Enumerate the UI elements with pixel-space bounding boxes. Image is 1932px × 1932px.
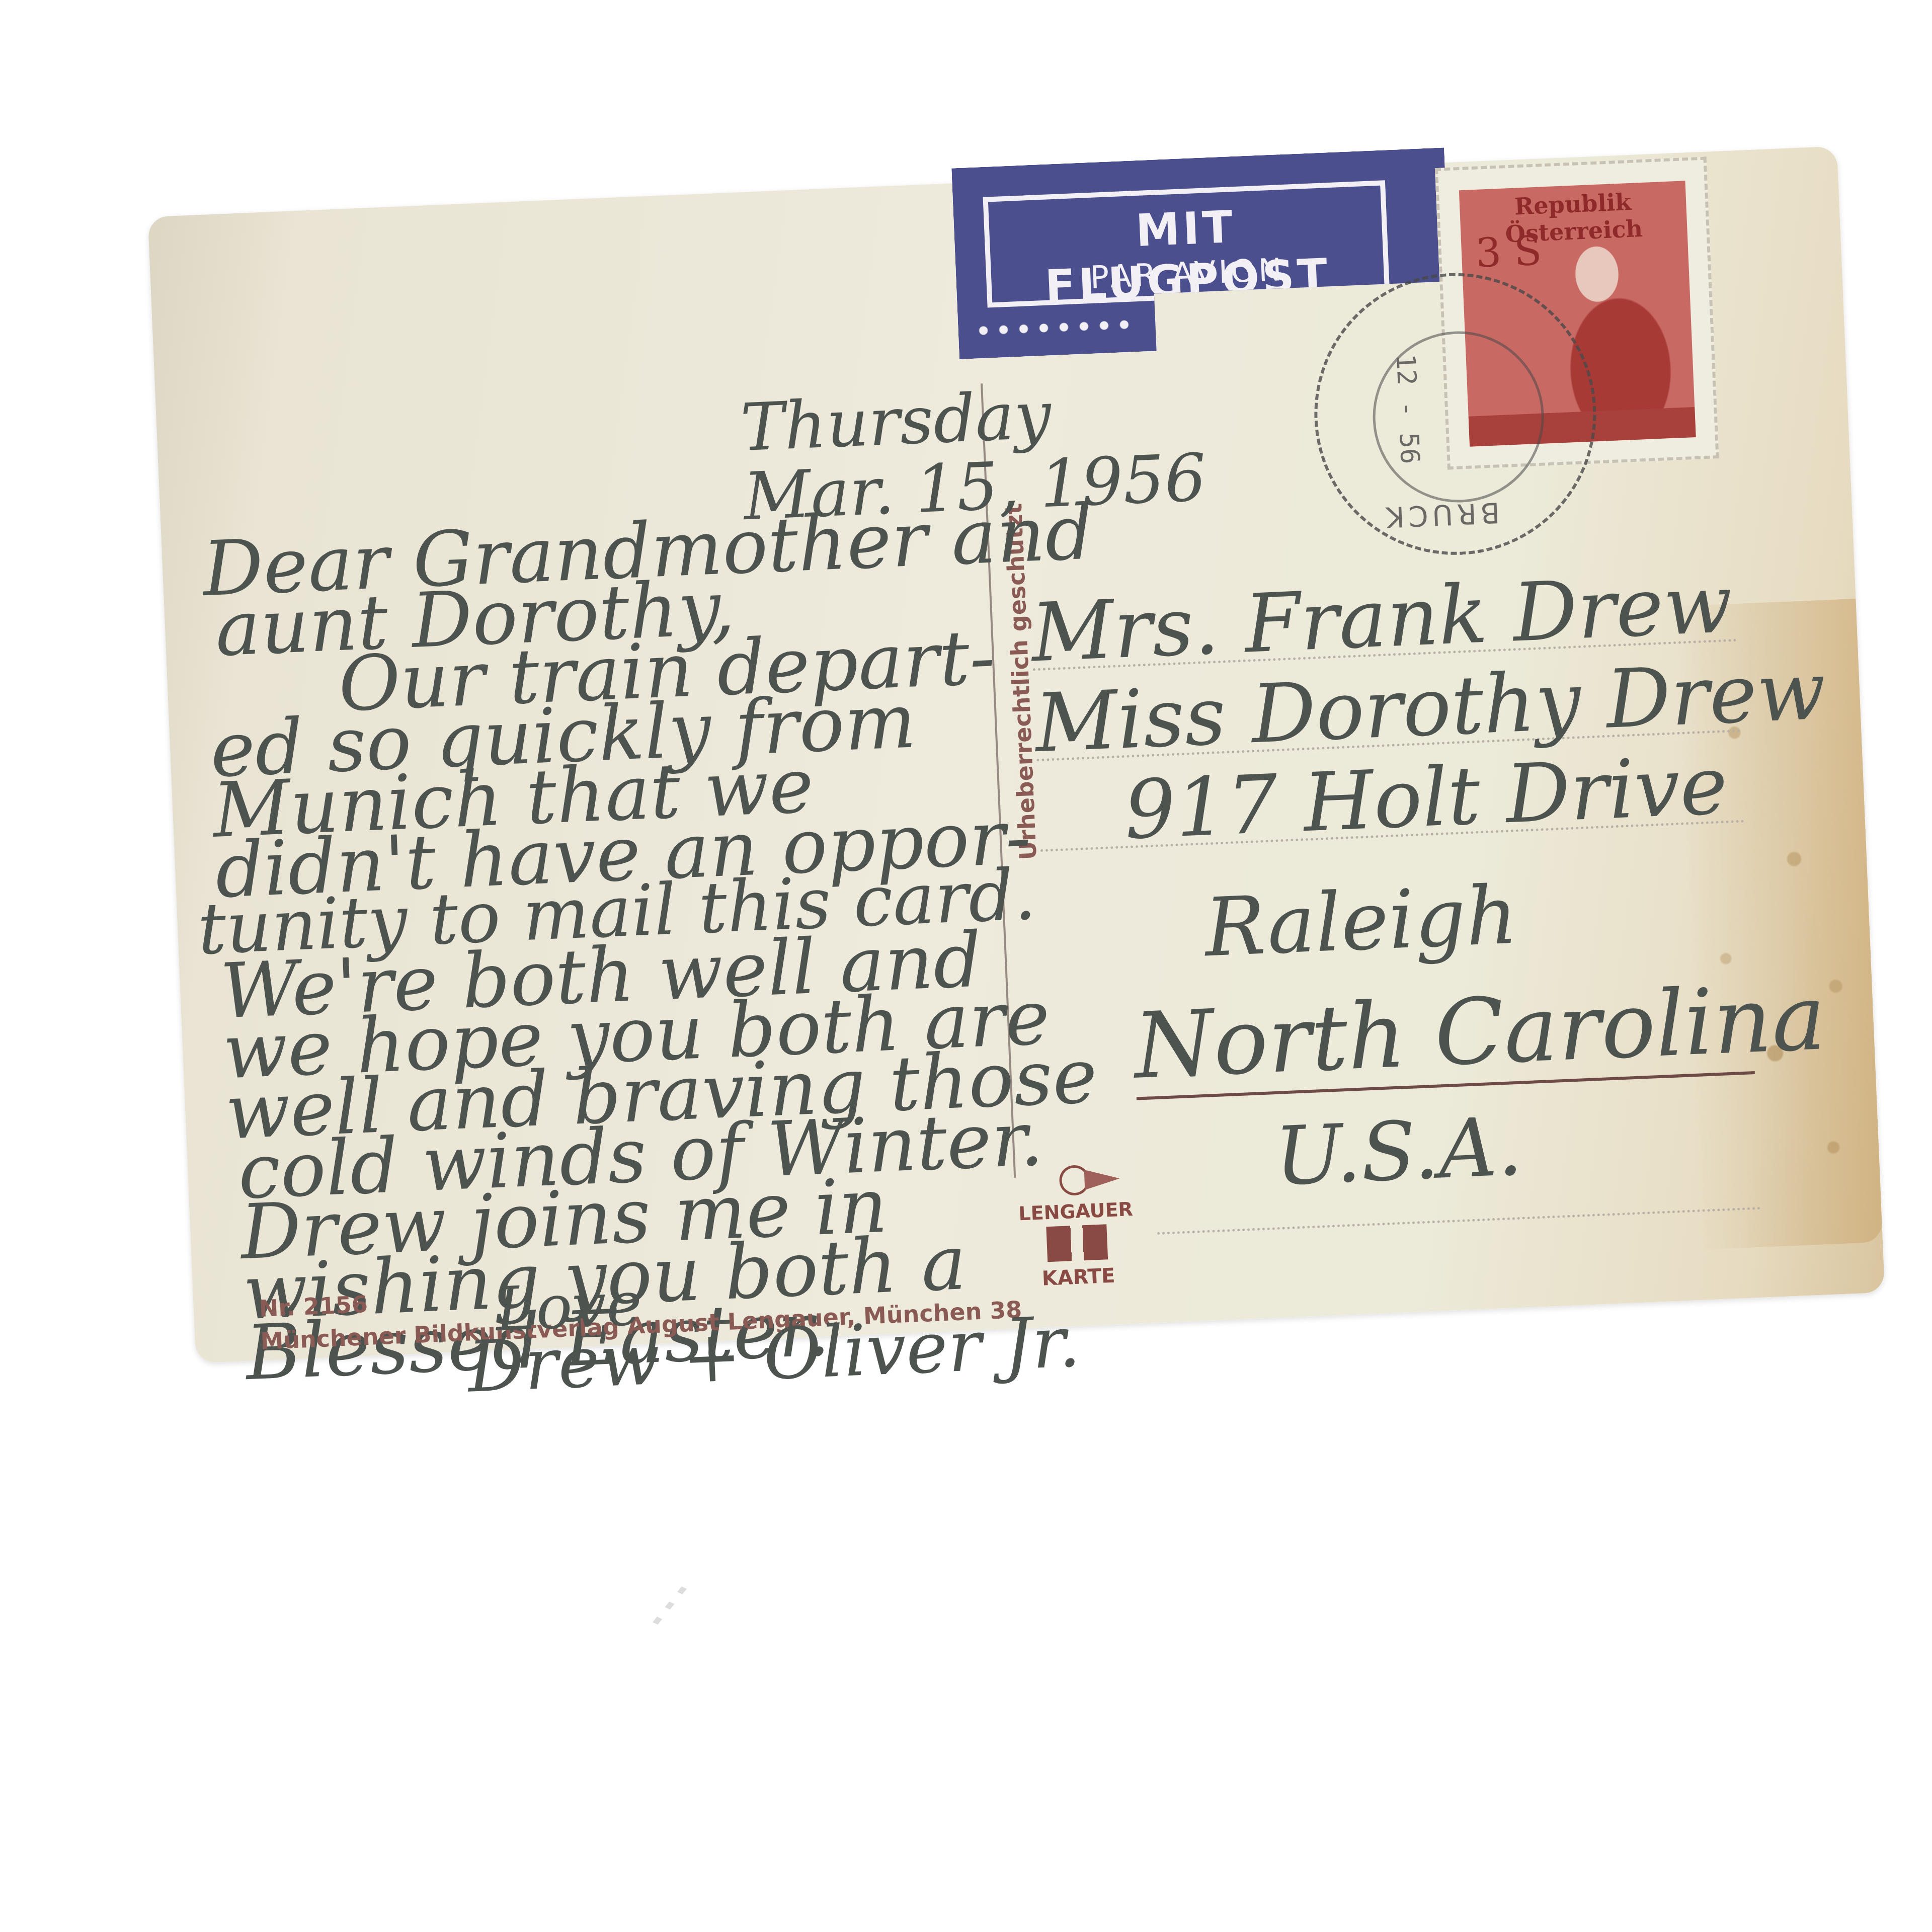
postmark-date: 12 - 56 — [1390, 353, 1425, 464]
address-line: U.S.A. — [1273, 1106, 1524, 1197]
bleed-through-mark: ⋮ — [628, 1561, 705, 1643]
logo-name: LENGAUER — [1015, 1198, 1137, 1225]
address-line: 917 Holt Drive — [1122, 745, 1729, 851]
airmail-perforations — [973, 319, 1140, 336]
address-dotted-line — [1157, 1207, 1760, 1235]
handwritten-message: Thursday Mar. 15, 1956 Dear Grandmother … — [195, 353, 1019, 1341]
stamp-value: 3 S — [1475, 227, 1543, 276]
postcard-back: MIT FLUGPOST PAR AVION Republik Österrei… — [148, 146, 1885, 1363]
recipient-address: Mrs. Frank Drew Miss Dorothy Drew 917 Ho… — [1030, 563, 1734, 593]
address-line: Raleigh — [1203, 875, 1519, 969]
lengauer-karte-logo: LENGAUER KARTE — [1013, 1163, 1139, 1294]
airmail-label-frame: MIT FLUGPOST PAR AVION — [983, 180, 1390, 307]
card-number: Nr. 2156 — [259, 1291, 368, 1322]
postmark-town: BRUCK — [1381, 496, 1500, 533]
logo-pennant-icon — [1084, 1168, 1120, 1190]
logo-body-icon — [1046, 1224, 1108, 1262]
logo-sub: KARTE — [1018, 1263, 1140, 1292]
